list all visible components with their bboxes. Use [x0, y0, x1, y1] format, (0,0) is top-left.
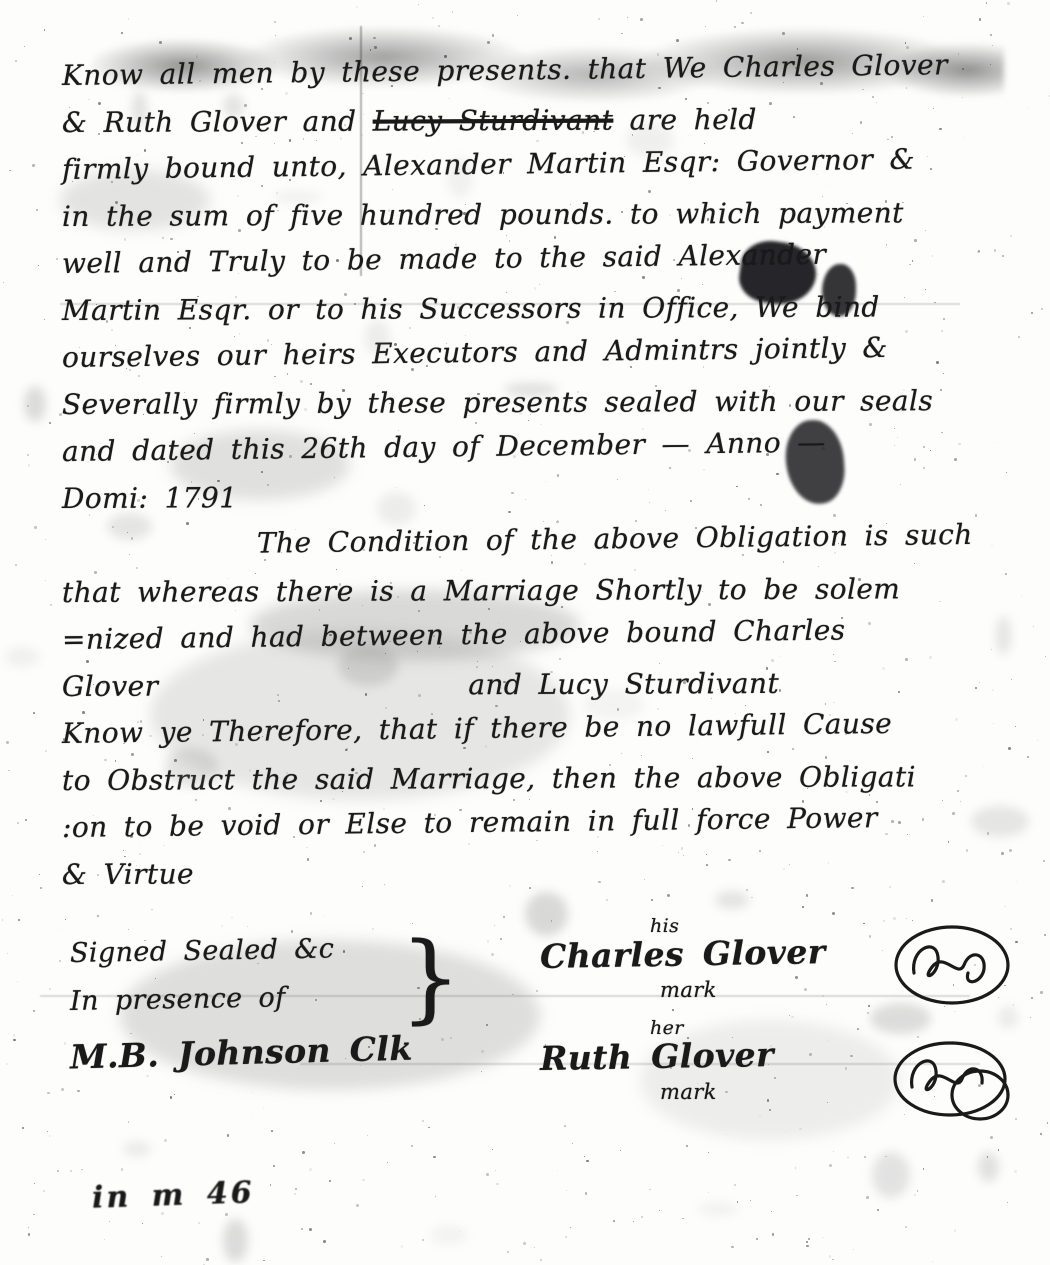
signature-row: her Ruth Glover mark [540, 1017, 1010, 1105]
text-segment: are held [613, 103, 757, 137]
signature-block: his Charles Glover mark her Ruth Glover … [540, 915, 1010, 1119]
struck-out-name: Lucy Sturdivant [373, 104, 614, 138]
attestation-brace: } [400, 928, 461, 1028]
attestation-block: Signed Sealed &c In presence of } M.B. J… [70, 930, 490, 1078]
text-line: & Virtue [62, 847, 1012, 898]
text-segment: and [286, 105, 373, 138]
seal-scribble-icon [892, 921, 1012, 1009]
signature-row: his Charles Glover mark [540, 915, 1010, 1003]
seal-scribble-icon [892, 1037, 1012, 1125]
text-segment: & Ruth Glover [62, 105, 286, 139]
witness-signature: M.B. Johnson Clk [69, 1021, 490, 1084]
scanned-document: Know all men by these presents. that We … [0, 0, 1050, 1265]
bond-body-text: Know all men by these presents. that We … [62, 52, 1012, 898]
archival-scribble: in m 46 [91, 1175, 255, 1216]
text-segment: Glover [62, 663, 159, 710]
